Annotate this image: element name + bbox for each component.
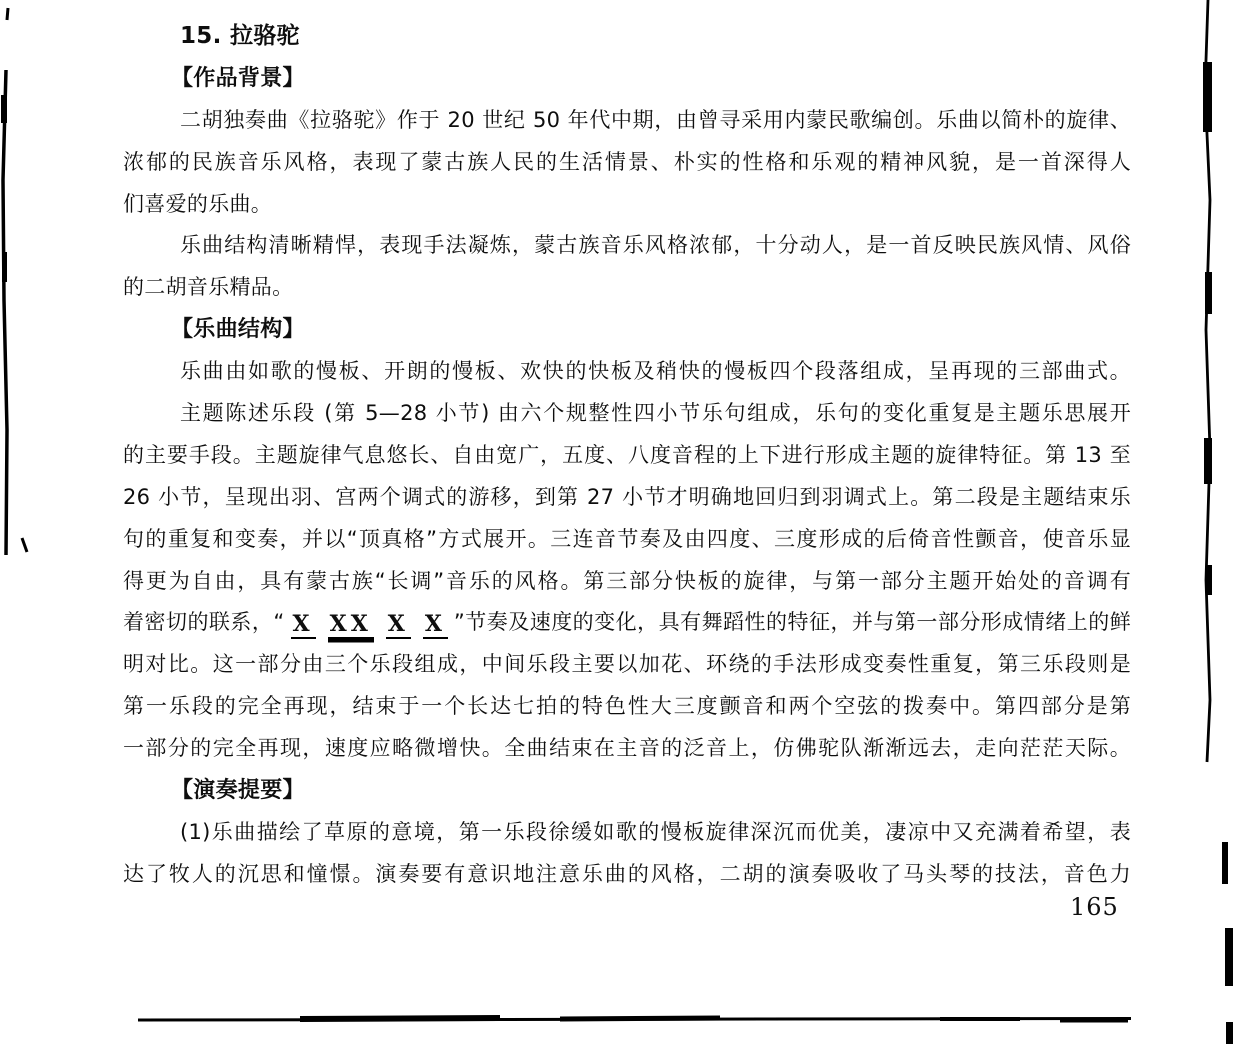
text-line: 们喜爱的乐曲。 — [123, 184, 1131, 226]
scan-line-right-edge — [1205, 0, 1210, 762]
rhythm-note-group: X — [423, 612, 448, 639]
scan-blob — [1205, 272, 1212, 314]
text-line: 二胡独奏曲《拉骆驼》作于 20 世纪 50 年代中期，由曾寻采用内蒙民歌编创。乐… — [123, 100, 1131, 142]
section-heading-structure: 【乐曲结构】 — [123, 309, 1131, 351]
text-line-rhythm-notation: 着密切的联系，“XXXXX”节奏及速度的变化，具有舞蹈性的特征，并与第一部分形成… — [123, 602, 1131, 644]
bottom-rule-thick-segment — [300, 1018, 500, 1019]
text-line: 浓郁的民族音乐风格，表现了蒙古族人民的生活情景、朴实的性格和乐观的精神风貌，是一… — [123, 142, 1131, 184]
scan-blob-bottom-right — [1225, 928, 1233, 986]
text-line: 的主要手段。主题旋律气息悠长、自由宽广，五度、八度音程的上下进行形成主题的旋律特… — [123, 435, 1131, 477]
section-heading-performance: 【演奏提要】 — [123, 770, 1131, 812]
text-line: (1)乐曲描绘了草原的意境，第一乐段徐缓如歌的慢板旋律深沉而优美，凄凉中又充满着… — [123, 812, 1131, 854]
text-line: 乐曲结构清晰精悍，表现手法凝炼，蒙古族音乐风格浓郁，十分动人，是一首反映民族风情… — [123, 225, 1131, 267]
text-column: 15. 拉骆驼 【作品背景】 二胡独奏曲《拉骆驼》作于 20 世纪 50 年代中… — [123, 16, 1131, 896]
page-number: 165 — [1070, 893, 1119, 921]
bottom-rule — [138, 1019, 1131, 1021]
book-page: { "page": { "title": "15. 拉骆驼", "page_nu… — [0, 0, 1233, 1044]
scan-blob — [1204, 438, 1212, 484]
text-line: 一部分的完全再现，速度应略微增快。全曲结束在主音的泛音上，仿佛驼队渐渐远去，走向… — [123, 728, 1131, 770]
scan-blob — [2, 252, 7, 282]
scan-blob-bottom-right — [1222, 842, 1228, 884]
text-line: 得更为自由，具有蒙古族“长调”音乐的风格。第三部分快板的旋律，与第一部分主题开始… — [123, 561, 1131, 603]
scan-mark-top-left — [7, 8, 8, 20]
rhythm-note-group: X — [291, 612, 316, 639]
text-line: 达了牧人的沉思和憧憬。演奏要有意识地注意乐曲的风格，二胡的演奏吸收了马头琴的技法… — [123, 854, 1131, 896]
scan-blob — [1203, 62, 1212, 132]
text-line: 主题陈述乐段 (第 5—28 小节) 由六个规整性四小节乐句组成，乐句的变化重复… — [123, 393, 1131, 435]
scan-line-left-edge — [3, 70, 7, 555]
scan-blob-bottom-right — [1226, 1022, 1233, 1044]
text-line: 明对比。这一部分由三个乐段组成，中间乐段主要以加花、环绕的手法形成变奏性重复，第… — [123, 644, 1131, 686]
rhythm-note-group: X — [386, 612, 411, 639]
scan-blob — [1, 95, 7, 123]
notation-before-text: 着密切的联系，“ — [123, 610, 285, 634]
scan-blob — [1206, 565, 1212, 595]
text-line: 句的重复和变奏，并以“顶真格”方式展开。三连音节奏及由四度、三度形成的后倚音性颤… — [123, 519, 1131, 561]
text-line: 第一乐段的完全再现，结束于一个长达七拍的特色性大三度颤音和两个空弦的拨奏中。第四… — [123, 686, 1131, 728]
piece-title: 15. 拉骆驼 — [123, 16, 1131, 58]
text-line: 26 小节，呈现出羽、宫两个调式的游移，到第 27 小节才明确地回归到羽调式上。… — [123, 477, 1131, 519]
rhythm-note-group-double-underline: XX — [328, 612, 374, 639]
text-line: 的二胡音乐精品。 — [123, 267, 1131, 309]
scan-mark — [22, 538, 27, 552]
text-line: 乐曲由如歌的慢板、开朗的慢板、欢快的快板及稍快的慢板四个段落组成，呈再现的三部曲… — [123, 351, 1131, 393]
bottom-rule-thick-segment — [560, 1018, 720, 1019]
notation-after-text: ”节奏及速度的变化，具有舞蹈性的特征，并与第一部分形成情绪上的鲜 — [454, 610, 1131, 634]
section-heading-background: 【作品背景】 — [123, 58, 1131, 100]
